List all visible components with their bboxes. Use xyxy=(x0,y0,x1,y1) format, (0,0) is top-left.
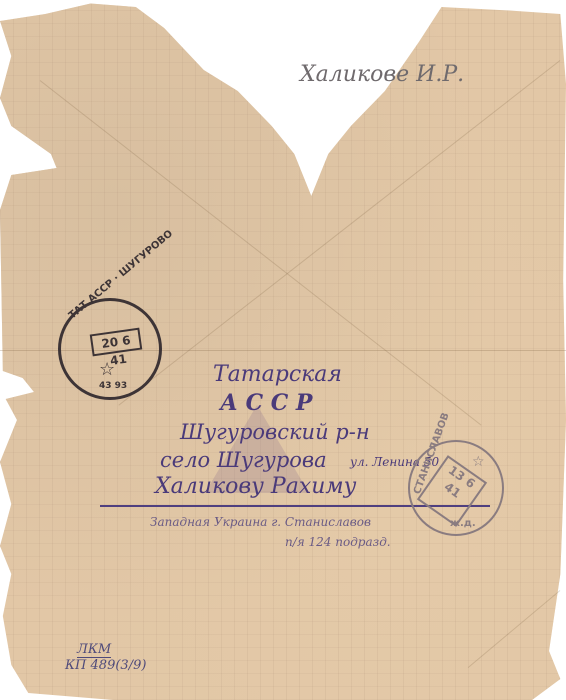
postmark-left-bottom: 43 93 xyxy=(99,381,127,391)
sender-line-city: Западная Украина г. Станиславов xyxy=(150,515,371,529)
postmark-right-bottom: ж.д. xyxy=(450,518,476,529)
postmark-left-date: 20 6 41 xyxy=(90,328,143,357)
top-pencil-note: Халикове И.Р. xyxy=(300,62,464,87)
archive-number: КП 489(3/9) xyxy=(65,658,146,673)
sender-line-unit: п/я 124 подразд. xyxy=(285,535,391,549)
address-line-village: село Шугурова xyxy=(160,448,327,472)
archive-mark: ЛКМ КП 489(3/9) xyxy=(65,642,146,673)
archive-code: ЛКМ xyxy=(77,642,111,658)
star-icon: ☆ xyxy=(472,454,485,470)
postmark-left: ТАТ.АССР · ШУГУРОВО 20 6 41 ☆ 43 93 xyxy=(58,298,162,400)
address-recipient: Халикову Рахиму xyxy=(155,474,356,499)
address-line-region: Татарская xyxy=(213,362,342,387)
address-line-republic: А С С Р xyxy=(220,390,312,416)
star-icon: ☆ xyxy=(99,359,115,380)
postmark-right: СТАНИСЛАВОВ 13 6 41 ☆ ж.д. xyxy=(408,440,504,536)
address-line-district: Шугуровский р-н xyxy=(180,420,370,444)
